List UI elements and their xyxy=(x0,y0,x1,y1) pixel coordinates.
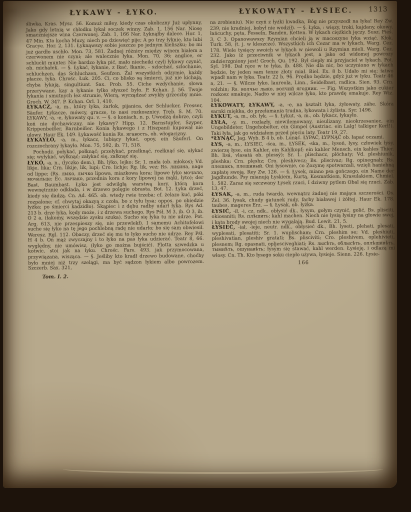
page-content: ŁYKAWY - ŁYKO. ŁYKOWATY - ŁYSIEC. 1313 ś… xyxy=(2,0,398,281)
dictionary-paragraph: ŁYSAK, -a, m., ruda twarda, wewnątrz żad… xyxy=(211,191,394,209)
dictionary-paragraph: ŁYKO, -a, n., (łyczko dem.), Bh. lýko, l… xyxy=(27,160,204,272)
running-head-left: ŁYKAWY - ŁYKO. xyxy=(26,7,202,18)
running-head-right: ŁYKOWATY - ŁYSIEC. xyxy=(239,6,353,16)
dictionary-paragraph: ŁYKACZ, -a, m., który łyka, żarłok, pija… xyxy=(27,104,203,139)
dictionary-paragraph: na zrobieniu). Nie czyń z łyżki kwadka, … xyxy=(210,19,394,104)
text-column-right: na zrobieniu). Nie czyń z łyżki kwadka, … xyxy=(210,19,395,279)
page-number: 1313 xyxy=(369,5,388,13)
page-bottom-edge xyxy=(63,464,383,474)
entry-headword: ŁYKO, xyxy=(27,160,45,166)
entry-headword: ŁYKAYŁO, xyxy=(27,138,56,144)
running-head-right-wrap: ŁYKOWATY - ŁYSIEC. 1313 xyxy=(202,5,390,16)
dictionary-paragraph: śliwka, Kras. Mysz. 56. Komuż miłey, kie… xyxy=(26,21,203,106)
book-page: ŁYKAWY - ŁYKO. ŁYKOWATY - ŁYSIEC. 1313 ś… xyxy=(3,1,397,488)
dictionary-paragraph: ŁYS, -a, m., ŁYSIEC, -śca, m., ŁYSEK, -s… xyxy=(211,141,394,193)
text-columns: śliwka, Kras. Mysz. 56. Komuż miłey, kie… xyxy=(2,16,398,281)
sheet-signature: 166 xyxy=(212,260,395,267)
entry-headword: ŁYŁA, xyxy=(211,120,228,126)
dictionary-paragraph: ŁYSIEĆ, -iał, -ieje, neutr. ndk., obłysi… xyxy=(212,225,395,260)
text-column-left: śliwka, Kras. Mysz. 56. Komuż miłey, kie… xyxy=(26,21,204,281)
entry-headword: ŁYSIĆ, xyxy=(212,208,232,214)
dictionary-paragraph: ŁYSIĆ, -ił, -i, cz. ndk., obłysić dk., ł… xyxy=(212,208,395,226)
entry-headword: ŁYSAK, xyxy=(211,192,233,198)
entry-headword: ŁYKOWATY, ŁYKAWY, xyxy=(211,103,275,110)
entry-headword: ŁYSIEĆ, xyxy=(212,225,236,231)
entry-headword: ŁYKACZ, xyxy=(27,104,53,110)
volume-signature: Tom. I. 2. xyxy=(42,274,204,281)
scanned-book-photo: ŁYKAWY - ŁYKO. ŁYKOWATY - ŁYSIEC. 1313 ś… xyxy=(0,0,411,512)
entry-headword: ŁYS, xyxy=(211,142,224,148)
